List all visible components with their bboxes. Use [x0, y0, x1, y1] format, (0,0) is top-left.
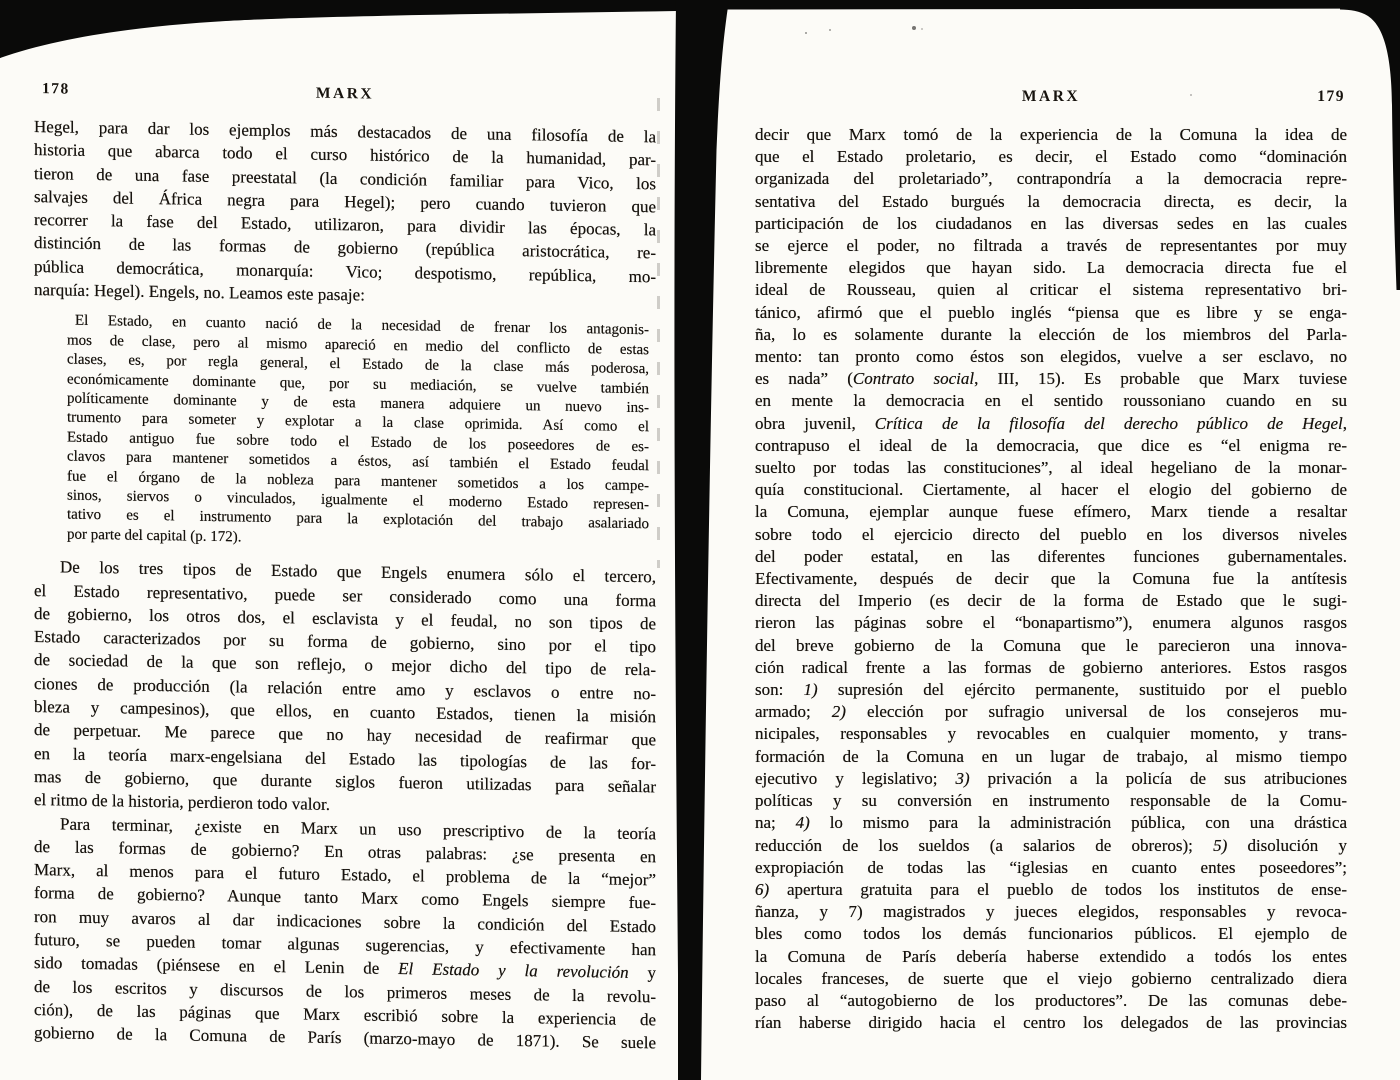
text-line: la Comuna de París debería haberse exten…	[755, 946, 1347, 968]
text-line: obra juvenil, Crítica de la filosofía de…	[755, 413, 1347, 435]
text-line: libremente elegidos que hayan sido. La d…	[755, 257, 1347, 279]
text-line: tánico, afirmó que el pueblo inglés “pie…	[755, 302, 1347, 324]
text-line: políticas y su conversión en instrumento…	[755, 790, 1347, 812]
text-line: que el Estado proletario, es decir, el E…	[755, 146, 1347, 168]
gutter-shadow	[674, 0, 729, 1080]
paragraph: Para terminar, ¿existe en Marx un uso pr…	[34, 812, 656, 1055]
left-running-head: MARX	[316, 85, 374, 103]
right-page-text: decir que Marx tomó de la experiencia de…	[755, 124, 1347, 1034]
text-line: Efectivamente, después de decir que la C…	[755, 568, 1347, 590]
text-line: en mente la democracia en el sentido rou…	[755, 390, 1347, 412]
text-line: organizada del proletariado”, contrapond…	[755, 168, 1347, 190]
left-page-content: 178 MARX Hegel, para dar los ejemplos má…	[34, 80, 656, 1055]
text-line: paso al “autogobierno de los productores…	[755, 990, 1347, 1012]
right-running-head: MARX	[1022, 88, 1080, 105]
text-line: ción radical frente a las formas de gobi…	[755, 657, 1347, 679]
text-line: suelto por todas las constituciones”, al…	[755, 457, 1347, 479]
text-line: se ejerce el poder, no filtrada a través…	[755, 235, 1347, 257]
text-line: contrapuso el ideal de la democracia, qu…	[755, 435, 1347, 457]
right-page-number: 179	[1317, 88, 1345, 106]
text-line: sobre todo el ejercicio directo del pueb…	[755, 524, 1347, 546]
book-scan: 178 MARX Hegel, para dar los ejemplos má…	[0, 0, 1400, 1080]
text-line: na; 4) lo mismo para la administración p…	[755, 812, 1347, 834]
text-line: 6) apertura gratuita para el pueblo de t…	[755, 879, 1347, 901]
text-line: participación de los ciudadanos en las d…	[755, 213, 1347, 235]
paragraph: De los tres tipos de Estado que Engels e…	[34, 555, 656, 822]
text-line: mento: tan pronto como éstos son elegido…	[755, 346, 1347, 368]
right-edge-shadow	[1340, 0, 1400, 290]
text-line: sentativa del Estado burgués la democrac…	[755, 191, 1347, 213]
text-line: locales franceses, de suerte que el viej…	[755, 968, 1347, 990]
text-line: la Comuna, ejemplar aunque fuese efímero…	[755, 501, 1347, 523]
text-line: del breve gobierno de la Comuna que le p…	[755, 635, 1347, 657]
text-line: formación de la Comuna en un lugar de tr…	[755, 746, 1347, 768]
text-line: ejecutivo y legislativo; 3) privación a …	[755, 768, 1347, 790]
text-line: rían haberse dirigido hacia el centro lo…	[755, 1012, 1347, 1034]
text-line: son: 1) supresión del ejército permanent…	[755, 679, 1347, 701]
text-line: armado; 2) elección por sufragio univers…	[755, 701, 1347, 723]
text-line: decir que Marx tomó de la experiencia de…	[755, 124, 1347, 146]
text-line: ideal de Rousseau, quien al criticar el …	[755, 279, 1347, 301]
left-page-number: 178	[42, 80, 70, 98]
text-line: expropiación de todas las “iglesias en c…	[755, 857, 1347, 879]
page-edge-marks	[657, 98, 660, 568]
block-quote: El Estado, en cuanto nació de la necesid…	[67, 312, 649, 555]
text-line: bles como todos los demás funcionarios p…	[755, 923, 1347, 945]
text-line: nicipales, responsables y revocables en …	[755, 723, 1347, 745]
right-page-header: MARX 179	[755, 88, 1347, 108]
paragraph: Hegel, para dar los ejemplos más destaca…	[34, 115, 656, 312]
left-page-text: Hegel, para dar los ejemplos más destaca…	[34, 115, 656, 1055]
text-line: quía constitucional. Ciertamente, al hac…	[755, 479, 1347, 501]
text-line: reducción de los sueldos (a salarios de …	[755, 835, 1347, 857]
text-line: del poder estatal, en las diferentes fun…	[755, 546, 1347, 568]
paragraph: decir que Marx tomó de la experiencia de…	[755, 124, 1347, 1034]
text-line: ña, lo es solamente durante la elección …	[755, 324, 1347, 346]
text-line: es nada” (Contrato social, III, 15). Es …	[755, 368, 1347, 390]
text-line: ñanza, y 7) magistrados y jueces elegido…	[755, 901, 1347, 923]
right-page-content: MARX 179 decir que Marx tomó de la exper…	[755, 88, 1347, 1034]
scan-specks	[805, 32, 807, 34]
text-line: rieron las páginas sobre el “bonapartism…	[755, 612, 1347, 634]
text-line: directa del Imperio (es decir de la form…	[755, 590, 1347, 612]
